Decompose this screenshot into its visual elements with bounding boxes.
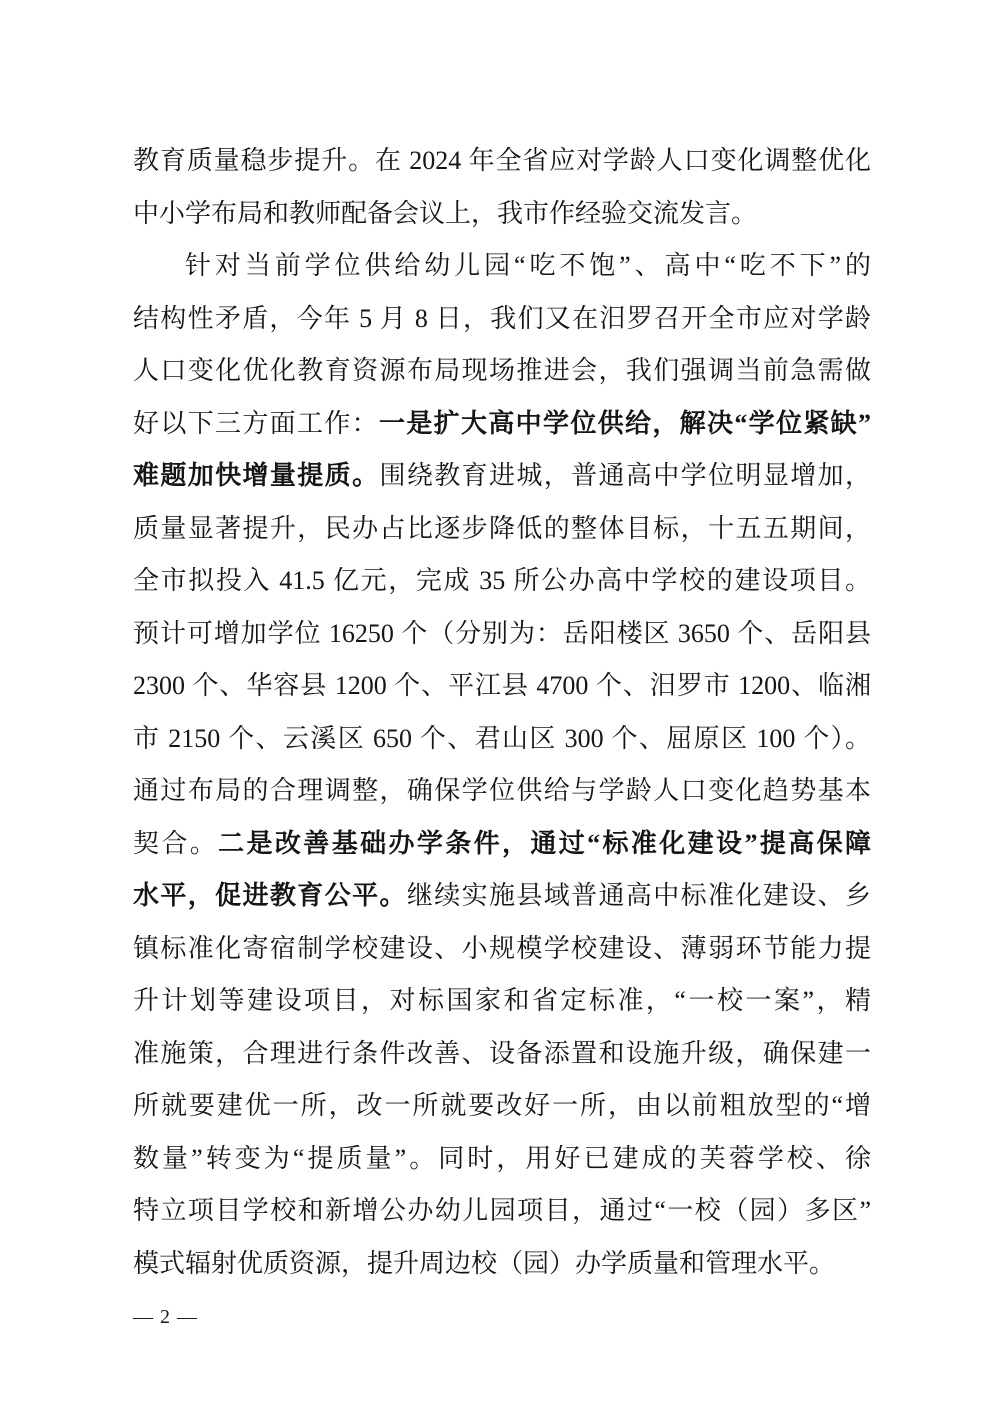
body-text-segment: 质量显著提升，民办占比逐步降低的整体目标，十五五期间， — [133, 514, 871, 543]
body-text-segment: 人口变化优化教育资源布局现场推进会，我们强调当前急需做 — [133, 356, 871, 385]
body-text-segment: 镇标准化寄宿制学校建设、小规模学校建设、薄弱环节能力提 — [133, 934, 871, 963]
text-line: 升计划等建设项目，对标国家和省定标准，“一校一案”，精 — [133, 975, 871, 1028]
text-line: 通过布局的合理调整，确保学位供给与学龄人口变化趋势基本 — [133, 765, 871, 818]
body-text-segment: 2300 个、华容县 1200 个、平江县 4700 个、汨罗市 1200、临湘 — [133, 671, 871, 700]
text-line: 人口变化优化教育资源布局现场推进会，我们强调当前急需做 — [133, 345, 871, 398]
body-text-segment: 模式辐射优质资源，提升周边校（园）办学质量和管理水平。 — [133, 1249, 835, 1278]
page-number: — 2 — — [133, 1303, 198, 1331]
text-line: 特立项目学校和新增公办幼儿园项目，通过“一校（园）多区” — [133, 1185, 871, 1238]
text-line: 质量显著提升，民办占比逐步降低的整体目标，十五五期间， — [133, 503, 871, 556]
text-line: 准施策，合理进行条件改善、设备添置和设施升级，确保建一 — [133, 1028, 871, 1081]
text-line: 预计可增加学位 16250 个（分别为：岳阳楼区 3650 个、岳阳县 — [133, 608, 871, 661]
body-text-segment: 准施策，合理进行条件改善、设备添置和设施升级，确保建一 — [133, 1039, 871, 1068]
body-text-segment: 继续实施县域普通高中标准化建设、乡 — [407, 881, 871, 910]
body-text-segment: 通过布局的合理调整，确保学位供给与学龄人口变化趋势基本 — [133, 776, 871, 805]
text-line: 好以下三方面工作：一是扩大高中学位供给，解决“学位紧缺” — [133, 398, 871, 451]
body-text-segment: 围绕教育进城，普通高中学位明显增加， — [379, 461, 871, 490]
emphasis-text: 一是扩大高中学位供给，解决“学位紧缺” — [379, 409, 871, 438]
body-text-segment: 好以下三方面工作： — [133, 409, 379, 438]
text-line: 模式辐射优质资源，提升周边校（园）办学质量和管理水平。 — [133, 1238, 871, 1291]
text-line: 全市拟投入 41.5 亿元，完成 35 所公办高中学校的建设项目。 — [133, 555, 871, 608]
body-text-segment: 教育质量稳步提升。在 2024 年全省应对学龄人口变化调整优化 — [133, 146, 871, 175]
emphasis-text: 二是改善基础办学条件，通过“标准化建设”提高保障 — [218, 829, 871, 858]
body-text-segment: 契合。 — [133, 829, 218, 858]
text-line: 2300 个、华容县 1200 个、平江县 4700 个、汨罗市 1200、临湘 — [133, 660, 871, 713]
body-text-segment: 针对当前学位供给幼儿园“吃不饱”、高中“吃不下”的 — [185, 251, 871, 280]
body-text-segment: 中小学布局和教师配备会议上，我市作经验交流发言。 — [133, 199, 757, 228]
text-line: 市 2150 个、云溪区 650 个、君山区 300 个、屈原区 100 个）。 — [133, 713, 871, 766]
body-text-segment: 所就要建优一所，改一所就要改好一所，由以前粗放型的“增 — [133, 1091, 871, 1120]
text-line: 中小学布局和教师配备会议上，我市作经验交流发言。 — [133, 188, 871, 241]
text-line: 难题加快增量提质。围绕教育进城，普通高中学位明显增加， — [133, 450, 871, 503]
text-line: 契合。二是改善基础办学条件，通过“标准化建设”提高保障 — [133, 818, 871, 871]
text-line: 水平，促进教育公平。继续实施县域普通高中标准化建设、乡 — [133, 870, 871, 923]
body-text-segment: 特立项目学校和新增公办幼儿园项目，通过“一校（园）多区” — [133, 1196, 871, 1225]
document-page: 教育质量稳步提升。在 2024 年全省应对学龄人口变化调整优化中小学布局和教师配… — [0, 0, 1000, 1414]
body-text-segment: 升计划等建设项目，对标国家和省定标准，“一校一案”，精 — [133, 986, 871, 1015]
body-text-segment: 预计可增加学位 16250 个（分别为：岳阳楼区 3650 个、岳阳县 — [133, 619, 871, 648]
body-text-segment: 结构性矛盾，今年 5 月 8 日，我们又在汨罗召开全市应对学龄 — [133, 304, 871, 333]
body-text-segment: 数量”转变为“提质量”。同时，用好已建成的芙蓉学校、徐 — [133, 1144, 871, 1173]
text-line: 教育质量稳步提升。在 2024 年全省应对学龄人口变化调整优化 — [133, 135, 871, 188]
body-text-segment: 全市拟投入 41.5 亿元，完成 35 所公办高中学校的建设项目。 — [133, 566, 871, 595]
text-line: 结构性矛盾，今年 5 月 8 日，我们又在汨罗召开全市应对学龄 — [133, 293, 871, 346]
text-line: 数量”转变为“提质量”。同时，用好已建成的芙蓉学校、徐 — [133, 1133, 871, 1186]
text-line: 针对当前学位供给幼儿园“吃不饱”、高中“吃不下”的 — [133, 240, 871, 293]
page-body-text: 教育质量稳步提升。在 2024 年全省应对学龄人口变化调整优化中小学布局和教师配… — [133, 135, 871, 1290]
emphasis-text: 难题加快增量提质。 — [133, 461, 379, 490]
emphasis-text: 水平，促进教育公平。 — [133, 881, 407, 910]
body-text-segment: 市 2150 个、云溪区 650 个、君山区 300 个、屈原区 100 个）。 — [133, 724, 871, 753]
text-line: 镇标准化寄宿制学校建设、小规模学校建设、薄弱环节能力提 — [133, 923, 871, 976]
text-line: 所就要建优一所，改一所就要改好一所，由以前粗放型的“增 — [133, 1080, 871, 1133]
